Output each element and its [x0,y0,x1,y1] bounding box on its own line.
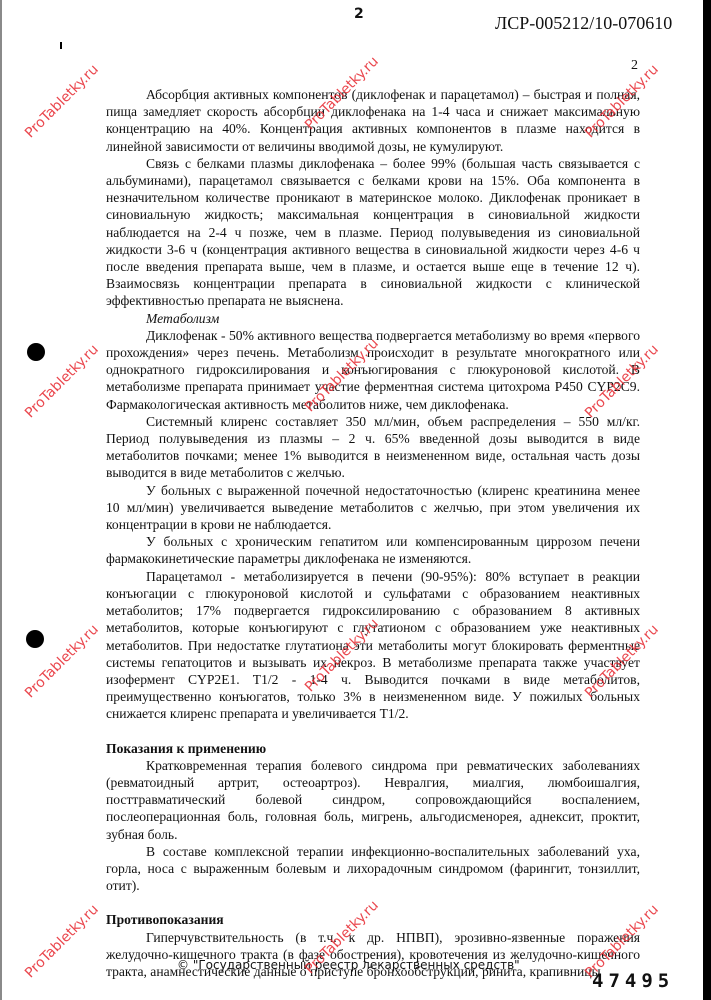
scan-right-edge [703,0,711,1000]
paragraph-indications-2: В составе комплексной терапии инфекционн… [106,843,640,895]
scan-left-edge [0,0,2,1000]
paragraph-protein-binding: Связь с белками плазмы диклофенака – бол… [106,155,640,310]
registry-copyright: © "Государственный реестр лекарственных … [177,958,520,972]
page-number-right: 2 [631,58,638,74]
stamp-number: 47495 [592,970,674,992]
watermark: ProTabletky.ru [22,901,102,981]
document-body: Абсорбция активных компонентов (диклофен… [106,86,640,980]
paragraph-renal-failure: У больных с выраженной почечной недостат… [106,482,640,534]
paragraph-contraindications-1: Гиперчувствительность (в т.ч. к др. НПВП… [106,929,640,981]
paragraph-absorption: Абсорбция активных компонентов (диклофен… [106,86,640,155]
paragraph-metabolism-paracetamol: Парацетамол - метаболизируется в печени … [106,568,640,723]
punch-hole-top [27,343,45,361]
indications-heading: Показания к применению [106,740,640,757]
paragraph-hepatitis: У больных с хроническим гепатитом или ко… [106,533,640,567]
page-number-top: 2 [354,6,364,22]
paragraph-indications-1: Кратковременная терапия болевого синдром… [106,757,640,843]
paragraph-clearance: Системный клиренс составляет 350 мл/мин,… [106,413,640,482]
document-code: ЛСР-005212/10-070610 [495,13,672,34]
punch-hole-bottom [26,630,44,648]
scan-mark [60,42,62,49]
metabolism-heading: Метаболизм [106,310,640,327]
watermark: ProTabletky.ru [22,61,102,141]
